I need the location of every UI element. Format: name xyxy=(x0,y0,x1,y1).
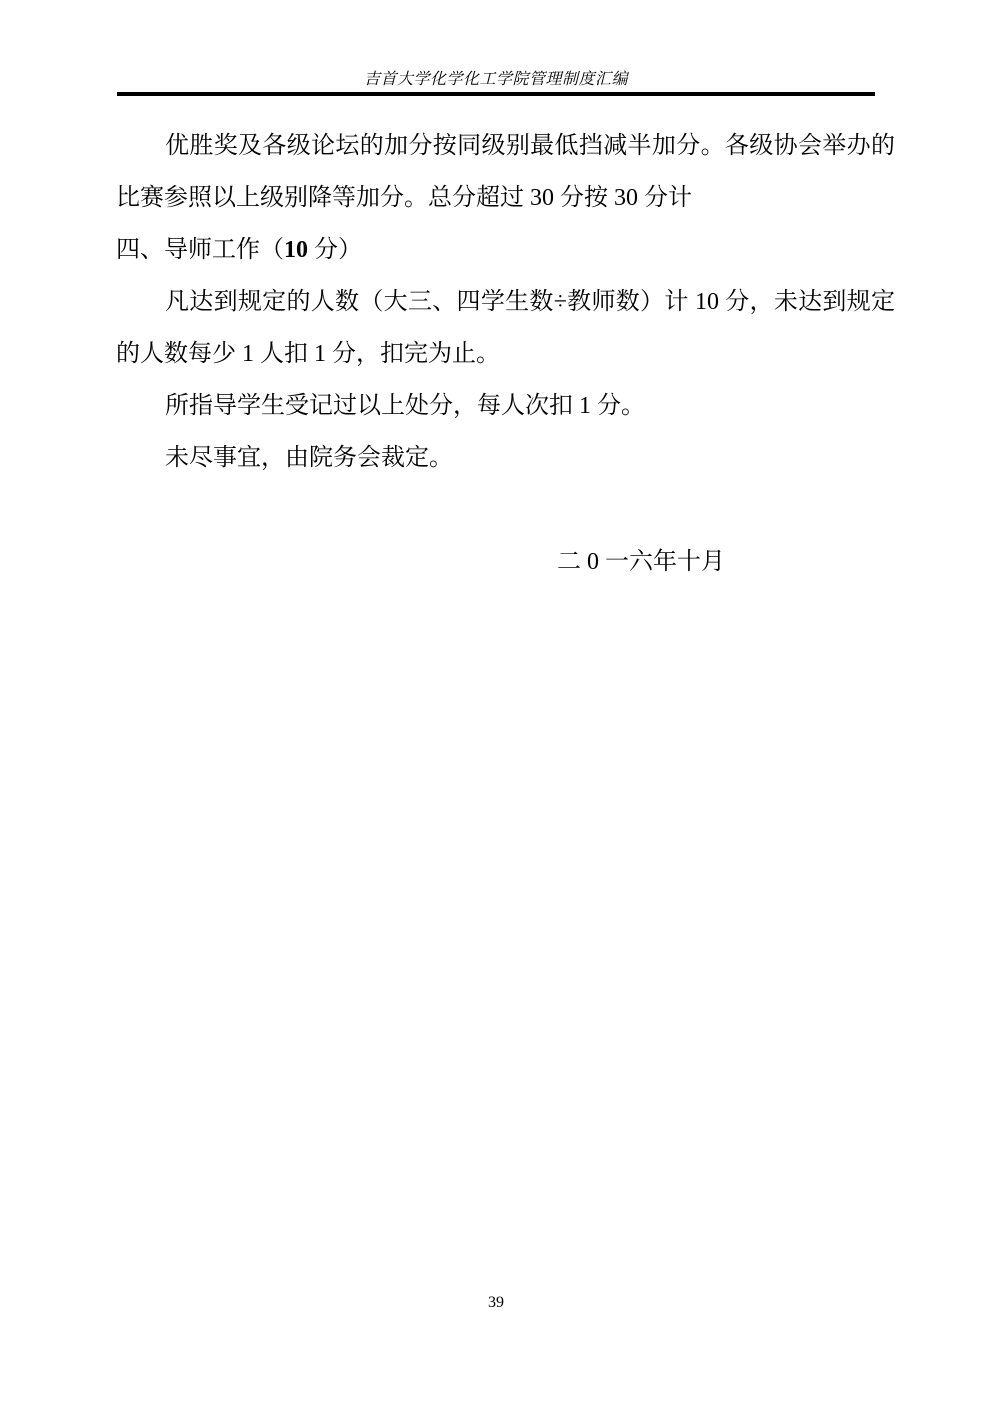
blank-line xyxy=(116,484,895,536)
page-number: 39 xyxy=(0,1294,992,1312)
paragraph1-line2: 比赛参照以上级别降等加分。总分超过 30 分按 30 分计 xyxy=(116,172,895,224)
paragraph1-line1: 优胜奖及各级论坛的加分按同级别最低挡减半加分。各级协会举办的 xyxy=(116,120,895,172)
paragraph3: 所指导学生受记过以上处分，每人次扣 1 分。 xyxy=(116,380,895,432)
header-rule xyxy=(117,92,875,96)
paragraph2-line2: 的人数每少 1 人扣 1 分，扣完为止。 xyxy=(116,328,895,380)
section-heading-pre: 四、导师工作（ xyxy=(116,237,284,263)
document-page: 吉首大学化学化工学院管理制度汇编 优胜奖及各级论坛的加分按同级别最低挡减半加分。… xyxy=(0,0,992,1403)
section-heading: 四、导师工作（10 分） xyxy=(116,224,895,276)
document-body: 优胜奖及各级论坛的加分按同级别最低挡减半加分。各级协会举办的 比赛参照以上级别降… xyxy=(116,120,895,588)
running-header-title: 吉首大学化学化工学院管理制度汇编 xyxy=(0,66,992,89)
document-date: 二 0 一六年十月 xyxy=(116,536,895,588)
paragraph2-line1: 凡达到规定的人数（大三、四学生数÷教师数）计 10 分，未达到规定 xyxy=(116,276,895,328)
section-heading-post: 分） xyxy=(308,237,362,263)
paragraph4: 未尽事宜，由院务会裁定。 xyxy=(116,432,895,484)
section-heading-score: 10 xyxy=(284,237,308,263)
